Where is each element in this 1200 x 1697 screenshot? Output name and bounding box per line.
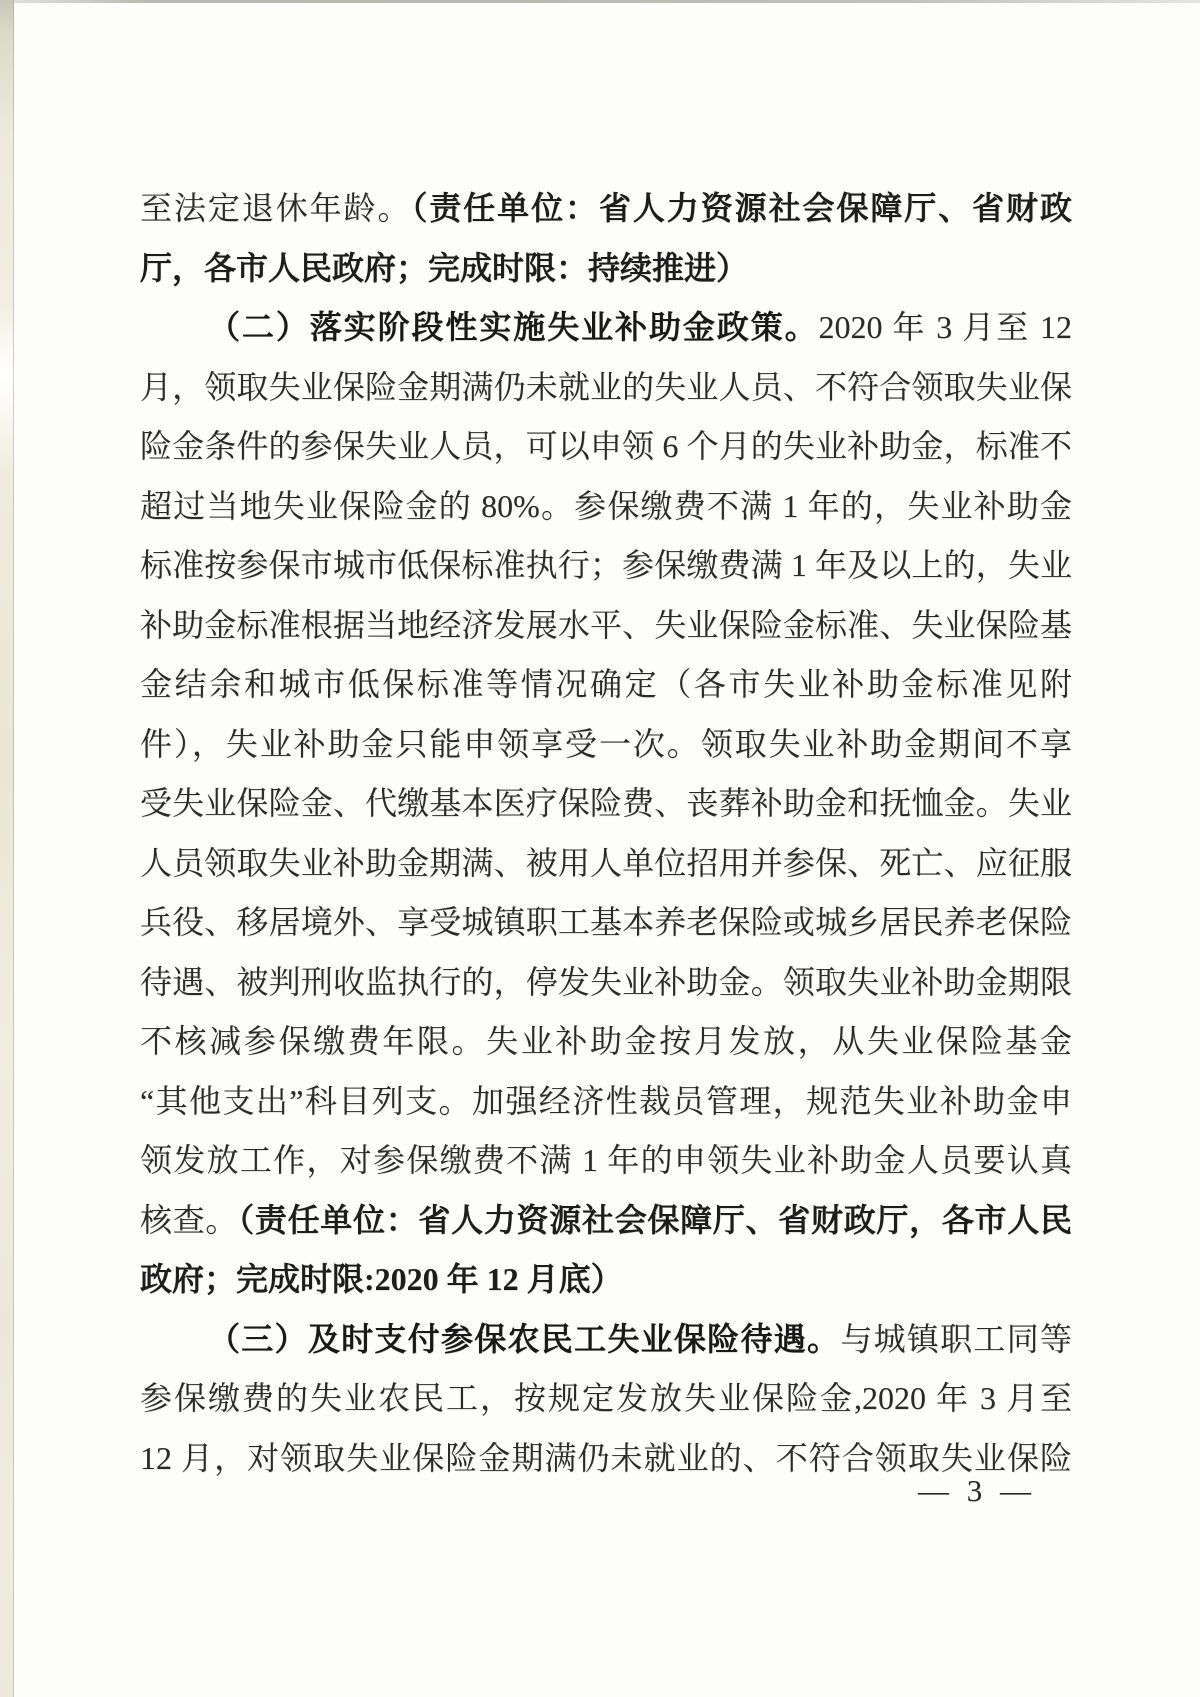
text-line: 至法定退休年龄。（责任单位：省人力资源社会保障厅、省财政 [140,179,1072,239]
text-line: 参保缴费的失业农民工，按规定发放失业保险金,2020 年 3 月至 [140,1369,1072,1429]
text-line: 件），失业补助金只能申领享受一次。领取失业补助金期间不享 [140,715,1072,775]
body-text-segment: 件），失业补助金只能申领享受一次。领取失业补助金期间不享 [140,726,1072,762]
body-text-segment: 领发放工作，对参保缴费不满 1 年的申领失业补助金人员要认真 [140,1142,1072,1178]
text-line: 标准按参保市城市低保标准执行；参保缴费满 1 年及以上的，失业 [140,536,1072,596]
responsible-unit-note: （责任单位：省人力资源社会保障厅、省财政厅，各市人民 [238,1202,1072,1238]
text-line: 月，领取失业保险金期满仍未就业的失业人员、不符合领取失业保 [140,358,1072,418]
body-text-segment: 险金条件的参保失业人员，可以申领 6 个月的失业补助金，标准不 [140,428,1072,464]
body-text-segment: 人员领取失业补助金期满、被用人单位招用并参保、死亡、应征服 [140,845,1072,881]
text-line: 政府；完成时限:2020 年 12 月底） [140,1250,1072,1310]
body-text-segment: 补助金标准根据当地经济发展水平、失业保险金标准、失业保险基 [140,607,1072,643]
text-line: 待遇、被判刑收监执行的，停发失业补助金。领取失业补助金期限 [140,953,1072,1013]
text-line: 金结余和城市低保标准等情况确定（各市失业补助金标准见附 [140,655,1072,715]
text-line: 厅，各市人民政府；完成时限：持续推进） [140,239,1072,299]
body-text-segment: 受失业保险金、代缴基本医疗保险费、丧葬补助金和抚恤金。失业 [140,785,1072,821]
body-text-segment: 兵役、移居境外、享受城镇职工基本养老保险或城乡居民养老保险 [140,904,1072,940]
text-line: 险金条件的参保失业人员，可以申领 6 个月的失业补助金，标准不 [140,417,1072,477]
section-heading-2: （二）落实阶段性实施失业补助金政策。 [208,309,819,345]
text-line: （二）落实阶段性实施失业补助金政策。2020 年 3 月至 12 [140,298,1072,358]
body-text-segment: 核查。 [140,1202,238,1238]
text-line: 补助金标准根据当地经济发展水平、失业保险金标准、失业保险基 [140,596,1072,656]
body-text-segment: 2020 年 3 月至 12 [819,309,1072,345]
document-body: 至法定退休年龄。（责任单位：省人力资源社会保障厅、省财政 厅，各市人民政府；完成… [140,179,1072,1488]
body-text-segment: 待遇、被判刑收监执行的，停发失业补助金。领取失业补助金期限 [140,964,1072,1000]
text-line: （三）及时支付参保农民工失业保险待遇。与城镇职工同等 [140,1310,1072,1370]
text-line: “其他支出”科目列支。加强经济性裁员管理，规范失业补助金申 [140,1072,1072,1132]
text-line: 兵役、移居境外、享受城镇职工基本养老保险或城乡居民养老保险 [140,893,1072,953]
body-text-segment: 超过当地失业保险金的 80%。参保缴费不满 1 年的，失业补助金 [140,488,1072,524]
responsible-unit-note: 政府；完成时限:2020 年 12 月底） [140,1261,623,1297]
responsible-unit-note: 厅，各市人民政府；完成时限：持续推进） [140,250,748,286]
body-text-segment: 12 月，对领取失业保险金期满仍未就业的、不符合领取失业保险 [140,1440,1072,1476]
text-line: 领发放工作，对参保缴费不满 1 年的申领失业补助金人员要认真 [140,1131,1072,1191]
body-text-segment: 与城镇职工同等 [840,1321,1072,1357]
scan-left-paper-edge [0,0,14,1697]
body-text-segment: 金结余和城市低保标准等情况确定（各市失业补助金标准见附 [140,666,1072,702]
text-line: 人员领取失业补助金期满、被用人单位招用并参保、死亡、应征服 [140,834,1072,894]
section-heading-3: （三）及时支付参保农民工失业保险待遇。 [208,1321,840,1357]
body-text-segment: 月，领取失业保险金期满仍未就业的失业人员、不符合领取失业保 [140,369,1072,405]
text-line: 核查。（责任单位：省人力资源社会保障厅、省财政厅，各市人民 [140,1191,1072,1251]
page-number: — 3 — [918,1473,1036,1509]
body-text-segment: 标准按参保市城市低保标准执行；参保缴费满 1 年及以上的，失业 [140,547,1072,583]
scan-top-edge-artifact [0,0,1200,3]
text-line: 受失业保险金、代缴基本医疗保险费、丧葬补助金和抚恤金。失业 [140,774,1072,834]
body-text-segment: 参保缴费的失业农民工，按规定发放失业保险金,2020 年 3 月至 [140,1380,1072,1416]
text-line: 超过当地失业保险金的 80%。参保缴费不满 1 年的，失业补助金 [140,477,1072,537]
body-text-segment: 至法定退休年龄。 [140,190,411,226]
responsible-unit-note: （责任单位：省人力资源社会保障厅、省财政 [411,190,1072,226]
body-text-segment: “其他支出”科目列支。加强经济性裁员管理，规范失业补助金申 [140,1083,1072,1119]
text-line: 不核减参保缴费年限。失业补助金按月发放，从失业保险基金 [140,1012,1072,1072]
body-text-segment: 不核减参保缴费年限。失业补助金按月发放，从失业保险基金 [140,1023,1072,1059]
document-page: 至法定退休年龄。（责任单位：省人力资源社会保障厅、省财政 厅，各市人民政府；完成… [0,0,1200,1697]
